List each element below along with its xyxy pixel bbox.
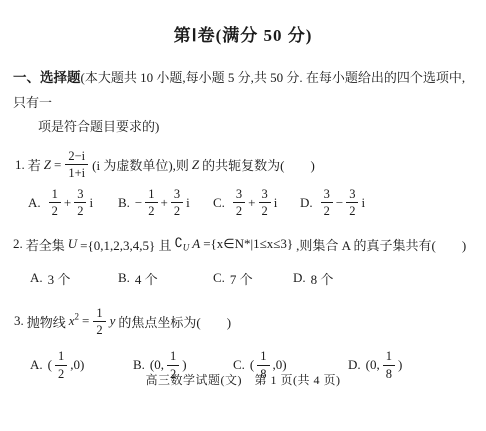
q1-var-z: Z (44, 157, 51, 173)
q1-option-a: A. 12 + 32 i (28, 187, 118, 219)
option-label: D. (300, 195, 313, 211)
q2-options: A.3 个 B.4 个 C.7 个 D.8 个 (30, 269, 486, 288)
option-text: 3 个 (48, 269, 71, 288)
q1-text-1: 若 (28, 155, 41, 174)
option-fraction: 32 (321, 187, 333, 219)
option-label: D. (293, 270, 306, 286)
option-suffix: i (274, 195, 278, 211)
q3-fraction: 12 (93, 306, 105, 338)
complement-subscript: U (183, 243, 190, 253)
option-fraction: 32 (74, 187, 86, 219)
frac-numerator: 3 (321, 187, 333, 203)
frac-numerator: 3 (171, 187, 183, 203)
q1-text-3: 的共轭复数为( ) (202, 155, 315, 174)
q2-option-d: D.8 个 (293, 269, 333, 288)
complement-glyph: ∁ (174, 235, 182, 250)
page-title: 第Ⅰ卷(满分 50 分) (0, 0, 486, 46)
section-line1: 一、选择题(本大题共 10 小题,每小题 5 分,共 50 分. 在每小题给出的… (13, 66, 472, 115)
frac-numerator: 1 (55, 349, 67, 365)
q3-equals: = (82, 313, 89, 329)
q1-frac-denominator: 1+i (65, 165, 88, 180)
option-label: A. (30, 270, 43, 286)
frac-numerator: 3 (346, 187, 358, 203)
section-desc-line2: 项是符合题目要求的) (38, 115, 472, 139)
frac-denominator: 2 (259, 203, 271, 218)
option-label: C. (213, 270, 225, 286)
question-1: 1. 若 Z = 2−i1+i (i 为虚数单位),则 Z 的共轭复数为( ) (15, 149, 486, 181)
frac-numerator: 3 (74, 187, 86, 203)
section-heading: 一、选择题(本大题共 10 小题,每小题 5 分,共 50 分. 在每小题给出的… (13, 66, 472, 139)
q1-option-c: C. 32 + 32 i (213, 187, 300, 219)
question-3: 3. 抛物线 x2 = 12 y 的焦点坐标为( ) (14, 306, 486, 338)
frac-numerator: 1 (49, 187, 61, 203)
question-2: 2. 若全集 U ={0,1,2,3,4,5} 且 ∁U A ={x∈N*|1≤… (13, 235, 486, 254)
q3-text-2: 的焦点坐标为( ) (118, 312, 231, 331)
option-operator: + (161, 195, 168, 211)
q1-frac-numerator: 2−i (65, 149, 88, 165)
option-label: C. (213, 195, 225, 211)
option-fraction: 32 (171, 187, 183, 219)
q2-option-b: B.4 个 (118, 269, 213, 288)
frac-denominator: 2 (171, 203, 183, 218)
frac-numerator: 1 (257, 349, 269, 365)
q3-exponent: 2 (75, 312, 80, 322)
section-desc-line1: (本大题共 10 小题,每小题 5 分,共 50 分. 在每小题给出的四个选项中… (13, 70, 465, 110)
exam-page: 第Ⅰ卷(满分 50 分) 一、选择题(本大题共 10 小题,每小题 5 分,共 … (0, 0, 486, 431)
q1-text-2: (i 为虚数单位),则 (92, 155, 189, 174)
q2-var-u: U (68, 236, 77, 252)
q1-option-d: D. 32 − 32 i (300, 187, 365, 219)
option-label: B. (118, 270, 130, 286)
q1-var-z2: Z (192, 157, 199, 173)
q2-number: 2. (13, 236, 23, 252)
q2-text-3: ,则集合 A 的真子集共有( ) (296, 235, 466, 254)
frac-numerator: 3 (259, 187, 271, 203)
q1-fraction: 2−i1+i (65, 149, 88, 181)
option-text: 8 个 (311, 269, 334, 288)
frac-numerator: 3 (233, 187, 245, 203)
frac-denominator: 2 (49, 203, 61, 218)
q2-set-notation: ={x∈N*|1≤x≤3} (203, 236, 293, 252)
option-text: 7 个 (230, 269, 253, 288)
q2-option-c: C.7 个 (213, 269, 293, 288)
section-label: 一、选择题 (13, 70, 81, 85)
option-text: 4 个 (135, 269, 158, 288)
frac-denominator: 2 (233, 203, 245, 218)
option-operator: + (64, 195, 71, 211)
option-label: A. (28, 195, 41, 211)
frac-numerator: 1 (383, 349, 395, 365)
option-fraction: 12 (49, 187, 61, 219)
frac-denominator: 2 (74, 203, 86, 218)
q1-options: A. 12 + 32 i B. − 12 + 32 i C. 32 + 32 i… (28, 187, 486, 219)
option-fraction: 32 (346, 187, 358, 219)
option-label: B. (118, 195, 130, 211)
q1-option-b: B. − 12 + 32 i (118, 187, 213, 219)
q2-text-1: 若全集 (26, 235, 65, 254)
q3-var-y: y (110, 313, 116, 329)
option-fraction: 12 (145, 187, 157, 219)
option-operator: − (336, 195, 343, 211)
q1-number: 1. (15, 157, 25, 173)
option-suffix: i (186, 195, 190, 211)
option-fraction: 32 (259, 187, 271, 219)
q3-frac-numerator: 1 (93, 306, 105, 322)
q2-text-2: ={0,1,2,3,4,5} 且 (80, 235, 171, 254)
q3-frac-denominator: 2 (93, 322, 105, 337)
q2-complement-symbol: ∁U (174, 235, 189, 253)
frac-denominator: 2 (321, 203, 333, 218)
frac-denominator: 2 (346, 203, 358, 218)
option-suffix: i (361, 195, 365, 211)
page-footer: 高三数学试题(文) 第 1 页(共 4 页) (0, 371, 486, 388)
option-suffix: i (89, 195, 93, 211)
q3-x-squared: x2 (69, 313, 79, 329)
q2-option-a: A.3 个 (30, 269, 118, 288)
frac-numerator: 1 (145, 187, 157, 203)
option-sign: − (135, 195, 142, 211)
option-fraction: 32 (233, 187, 245, 219)
frac-numerator: 1 (167, 349, 179, 365)
q1-equals: = (54, 157, 61, 173)
q3-text-1: 抛物线 (27, 312, 66, 331)
frac-denominator: 2 (145, 203, 157, 218)
q3-number: 3. (14, 313, 24, 329)
option-operator: + (248, 195, 255, 211)
q2-var-a: A (192, 236, 200, 252)
